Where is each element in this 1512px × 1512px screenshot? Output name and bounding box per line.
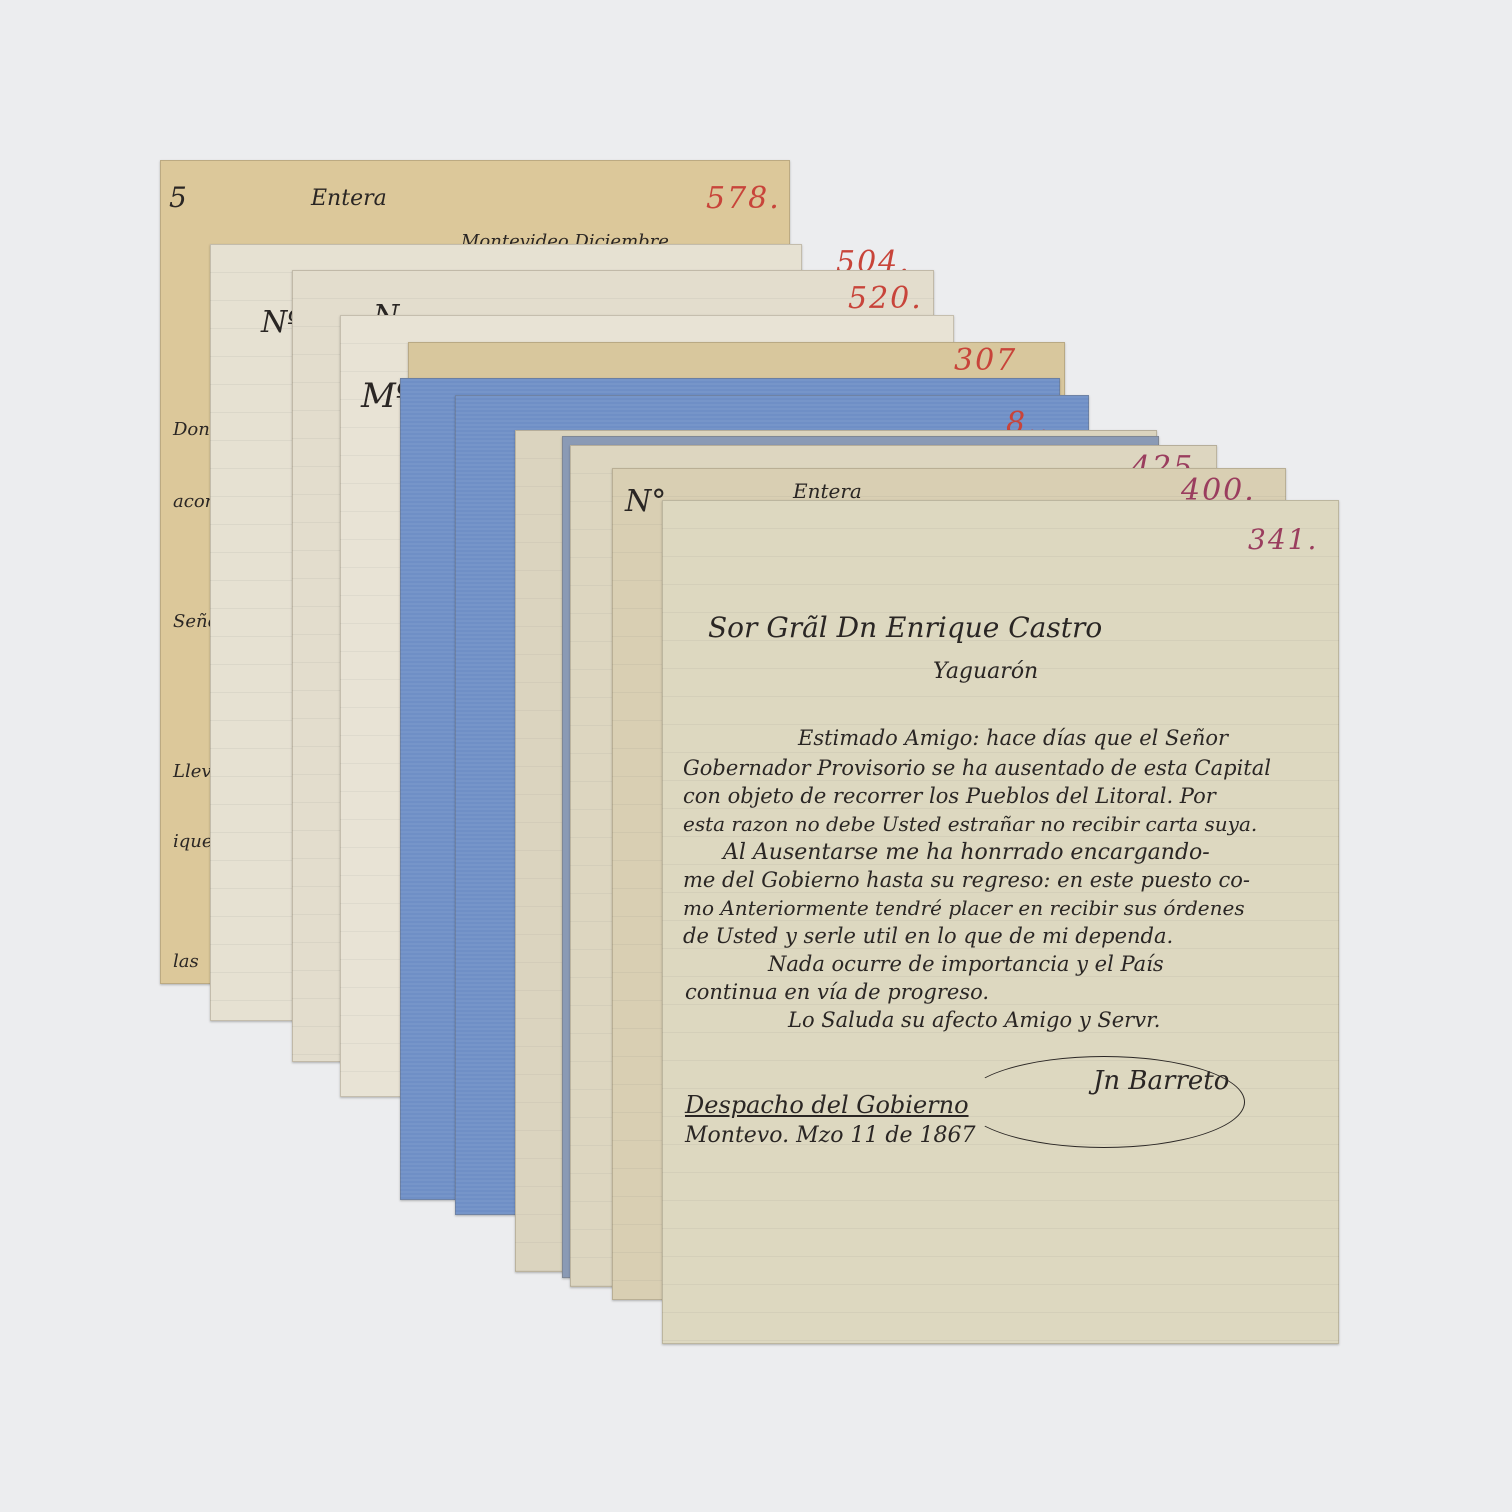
body-line: Nada ocurre de importancia y el País: [768, 952, 1164, 976]
left-fragment: las: [173, 951, 199, 972]
location: Yaguarón: [933, 659, 1038, 684]
body-line: me del Gobierno hasta su regreso: en est…: [683, 868, 1250, 892]
body-line: con objeto de recorrer los Pueblos del L…: [683, 784, 1216, 808]
sheet-note: Entera: [311, 186, 387, 211]
body-line: mo Anteriormente tendré placer en recibi…: [683, 896, 1245, 920]
front-letter-341: 341. Sor Grãl Dn Enrique Castro Yaguarón…: [662, 500, 1339, 1344]
body-line: Gobernador Provisorio se ha ausentado de…: [683, 756, 1271, 780]
sheet-number: 341.: [1248, 523, 1318, 556]
corner-mark: N°: [625, 484, 666, 519]
body-line: esta razon no debe Usted estrañar no rec…: [683, 812, 1257, 836]
sheet-number: 520.: [848, 281, 923, 316]
body-line: de Usted y serle util en lo que de mi de…: [683, 924, 1173, 948]
body-line: Al Ausentarse me ha honrrado encargando-: [723, 840, 1210, 865]
addressee: Sor Grãl Dn Enrique Castro: [708, 611, 1102, 644]
footer-line1: Despacho del Gobierno: [685, 1091, 969, 1119]
footer-line2: Montevo. Mzo 11 de 1867: [685, 1123, 976, 1148]
left-fragment: ique: [173, 831, 213, 852]
body-line: Estimado Amigo: hace días que el Señor: [798, 726, 1228, 750]
corner-mark: 5: [169, 181, 187, 214]
signature-flourish: [963, 1056, 1245, 1148]
body-line: continua en vía de progreso.: [685, 980, 989, 1004]
sheet-number: 307: [954, 343, 1017, 378]
left-fragment: Don: [173, 419, 210, 440]
sheet-number: 578.: [706, 181, 781, 216]
body-line: Lo Saluda su afecto Amigo y Servr.: [788, 1008, 1160, 1032]
